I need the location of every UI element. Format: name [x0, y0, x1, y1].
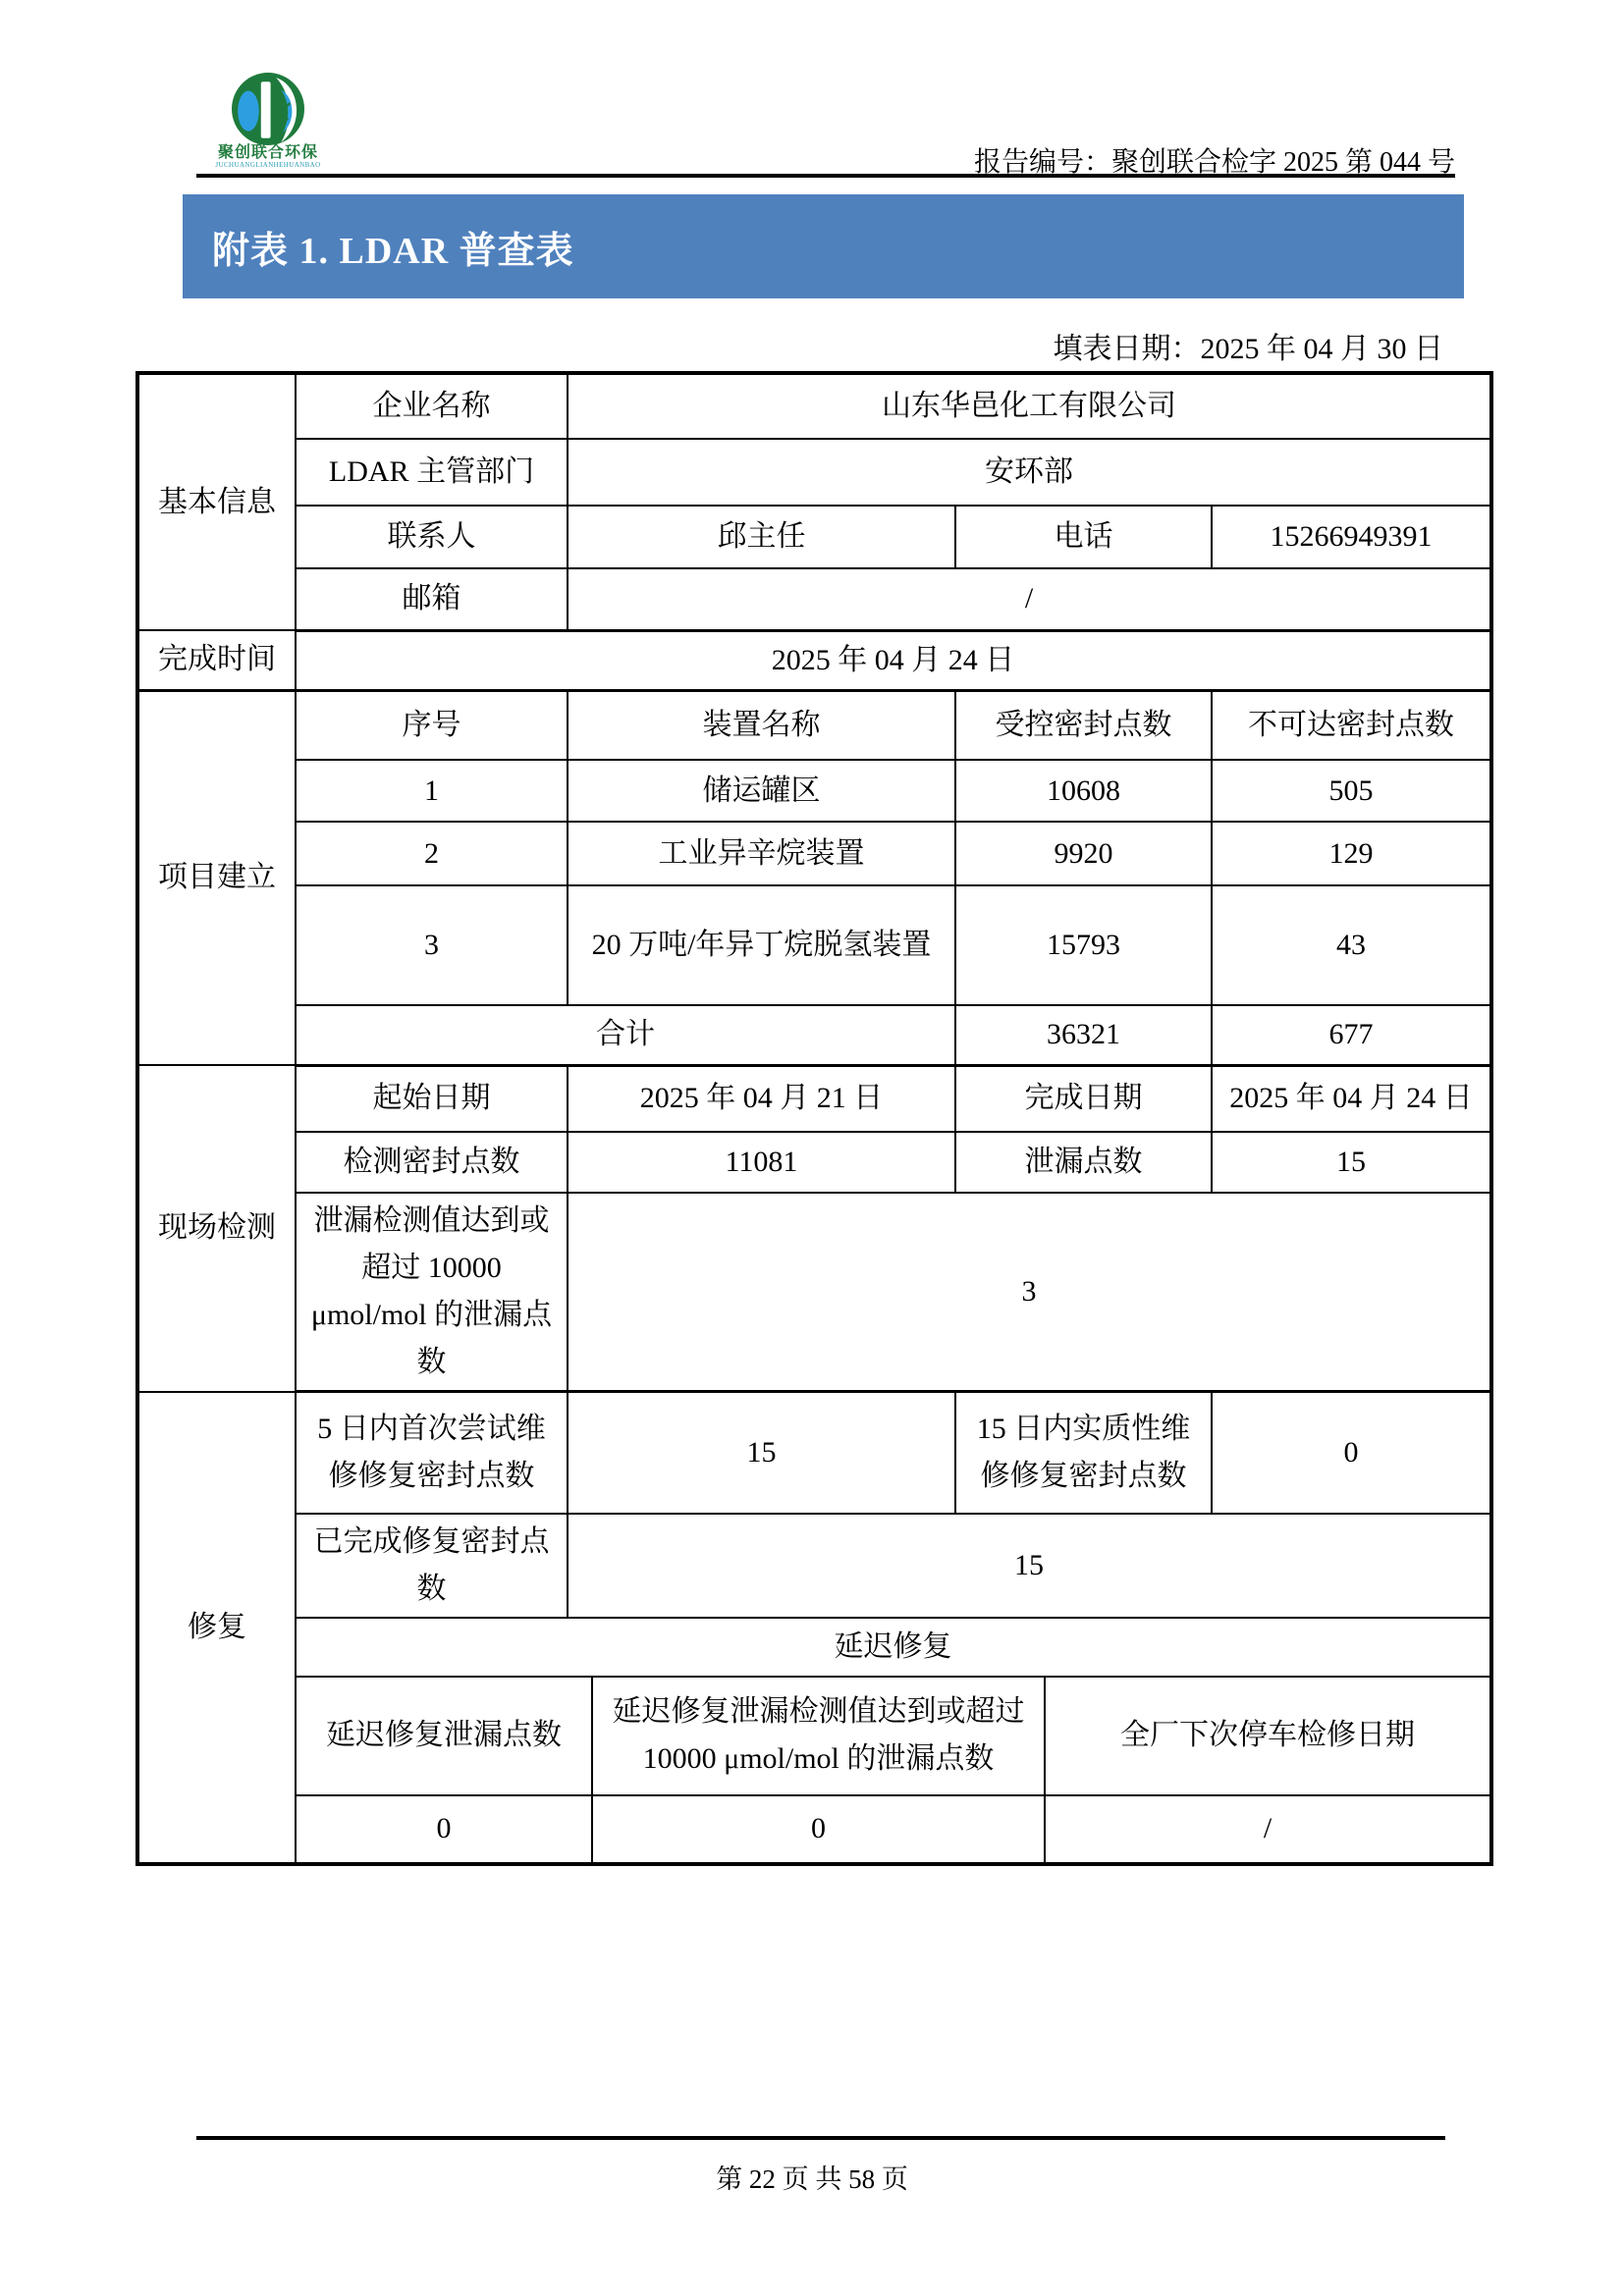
- contact-value: 邱主任: [568, 506, 955, 568]
- section-label-field-detection: 现场检测: [137, 1065, 296, 1392]
- complete-time-value: 2025 年 04 月 24 日: [296, 630, 1491, 690]
- table-row: 2 工业异辛烷装置 9920 129: [137, 822, 1491, 885]
- unit-row-unreachable: 505: [1212, 760, 1491, 822]
- col-header-unreachable-points: 不可达密封点数: [1212, 690, 1491, 760]
- logo-icon: [232, 73, 304, 145]
- section-label-project-setup: 项目建立: [137, 690, 296, 1065]
- next-shutdown-label: 全厂下次停车检修日期: [1045, 1677, 1491, 1795]
- company-name-value: 山东华邑化工有限公司: [568, 373, 1491, 439]
- delayed-repair-title: 延迟修复: [296, 1618, 1491, 1677]
- unit-row-name: 储运罐区: [568, 760, 955, 822]
- col-header-controlled-points: 受控密封点数: [955, 690, 1212, 760]
- logo-text: 聚创联合环保: [214, 145, 322, 162]
- over-threshold-value: 3: [568, 1193, 1491, 1392]
- company-logo: 聚创联合环保 JUCHUANGLIANHEHUANBAO: [214, 73, 322, 169]
- total-controlled-value: 36321: [955, 1005, 1212, 1065]
- page-title: 附表 1. LDAR 普查表: [212, 220, 574, 274]
- delayed-leak-count-value: 0: [296, 1795, 592, 1864]
- leak-points-label: 泄漏点数: [955, 1132, 1212, 1193]
- col-header-unit-name: 装置名称: [568, 690, 955, 760]
- ldar-survey-table: 基本信息 企业名称 山东华邑化工有限公司 LDAR 主管部门 安环部 联系人 邱…: [135, 371, 1493, 1866]
- total-unreachable-value: 677: [1212, 1005, 1491, 1065]
- unit-row-name: 工业异辛烷装置: [568, 822, 955, 885]
- detected-points-value: 11081: [568, 1132, 955, 1193]
- finish-date-value: 2025 年 04 月 24 日: [1212, 1065, 1491, 1132]
- contact-label: 联系人: [296, 506, 568, 568]
- substantive-15d-label: 15 日内实质性维修修复密封点数: [955, 1392, 1212, 1514]
- start-date-value: 2025 年 04 月 21 日: [568, 1065, 955, 1132]
- fill-date: 填表日期：2025 年 04 月 30 日: [1054, 324, 1444, 367]
- document-page: 聚创联合环保 JUCHUANGLIANHEHUANBAO 报告编号：聚创联合检字…: [0, 0, 1624, 2296]
- unit-row-name: 20 万吨/年异丁烷脱氢装置: [568, 885, 955, 1005]
- finish-date-label: 完成日期: [955, 1065, 1212, 1132]
- first-attempt-5d-label: 5 日内首次尝试维修修复密封点数: [296, 1392, 568, 1514]
- table-row: 1 储运罐区 10608 505: [137, 760, 1491, 822]
- unit-row-controlled: 15793: [955, 885, 1212, 1005]
- section-label-complete-time: 完成时间: [137, 630, 296, 690]
- page-number: 第 22 页 共 58 页: [0, 2158, 1624, 2196]
- start-date-label: 起始日期: [296, 1065, 568, 1132]
- leak-points-value: 15: [1212, 1132, 1491, 1193]
- table-row: 3 20 万吨/年异丁烷脱氢装置 15793 43: [137, 885, 1491, 1005]
- ldar-dept-value: 安环部: [568, 439, 1491, 506]
- substantive-15d-value: 0: [1212, 1392, 1491, 1514]
- detected-points-label: 检测密封点数: [296, 1132, 568, 1193]
- completed-repair-label: 已完成修复密封点数: [296, 1514, 568, 1618]
- section-label-basic-info: 基本信息: [137, 373, 296, 630]
- first-attempt-5d-value: 15: [568, 1392, 955, 1514]
- email-label: 邮箱: [296, 568, 568, 630]
- phone-label: 电话: [955, 506, 1212, 568]
- unit-row-controlled: 9920: [955, 822, 1212, 885]
- delayed-over-threshold-value: 0: [592, 1795, 1045, 1864]
- unit-row-seq: 1: [296, 760, 568, 822]
- next-shutdown-value: /: [1045, 1795, 1491, 1864]
- total-label: 合计: [296, 1005, 955, 1065]
- unit-row-unreachable: 129: [1212, 822, 1491, 885]
- unit-row-seq: 2: [296, 822, 568, 885]
- section-title-bar: 附表 1. LDAR 普查表: [183, 194, 1464, 298]
- unit-row-controlled: 10608: [955, 760, 1212, 822]
- phone-value: 15266949391: [1212, 506, 1491, 568]
- header-rule: [196, 174, 1455, 178]
- delayed-over-threshold-label: 延迟修复泄漏检测值达到或超过 10000 μmol/mol 的泄漏点数: [592, 1677, 1045, 1795]
- company-name-label: 企业名称: [296, 373, 568, 439]
- logo-subtext: JUCHUANGLIANHEHUANBAO: [214, 162, 322, 170]
- unit-row-seq: 3: [296, 885, 568, 1005]
- over-threshold-label: 泄漏检测值达到或超过 10000 μmol/mol 的泄漏点数: [296, 1193, 568, 1392]
- email-value: /: [568, 568, 1491, 630]
- delayed-leak-count-label: 延迟修复泄漏点数: [296, 1677, 592, 1795]
- section-label-repair: 修复: [137, 1392, 296, 1864]
- col-header-seq: 序号: [296, 690, 568, 760]
- ldar-dept-label: LDAR 主管部门: [296, 439, 568, 506]
- footer-rule: [196, 2136, 1445, 2140]
- unit-row-unreachable: 43: [1212, 885, 1491, 1005]
- completed-repair-value: 15: [568, 1514, 1491, 1618]
